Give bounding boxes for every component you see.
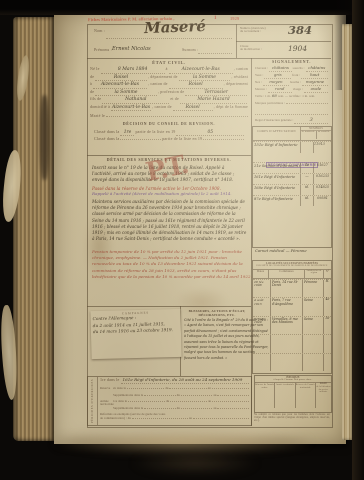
localite-numero: 5e — [323, 317, 331, 335]
trait-value: haut — [301, 73, 328, 79]
marie-dotted-line — [106, 116, 248, 117]
purple-stamp-line: Rappelé à l'activité (décret de mobilisa… — [92, 192, 232, 197]
taille-value: 68 — [272, 94, 277, 99]
localite-subdivision: Seine — [302, 317, 323, 335]
num-matricule: id. — [300, 185, 313, 195]
field-label: Né le — [90, 67, 100, 71]
localites-table: LOCALITÉS SUCCESSIVES HABITÉES PAR SUITE… — [252, 260, 332, 374]
localite-commune: Paris, 7 rue d'Angoulême — [270, 298, 302, 316]
trait-label: sourcils : — [293, 67, 305, 70]
fine-print: Ne remplir ce tableau que pour les homme… — [254, 414, 330, 423]
nom-dotted-line — [106, 38, 232, 39]
num-sub2-label: au contrôle — [316, 131, 332, 139]
field-label: , résidant — [231, 75, 248, 79]
handwritten-value: 8 Mars 1884 — [101, 67, 165, 74]
field-label: Classé dans la — [94, 137, 119, 141]
field-label: au — [208, 387, 211, 390]
field-label: et de — [170, 97, 179, 101]
handwritten-value: 05 — [176, 130, 244, 136]
field-label: du — [128, 417, 131, 420]
handwritten-value: la Somme — [179, 75, 231, 82]
nom-label: Nom : — [94, 29, 105, 33]
revision-line-2: Classé dans la partie de la liste en 19 — [94, 137, 244, 144]
exercices-table: PÉRIODES D'EXERCICES 1re dans le 161e Ré… — [87, 376, 252, 426]
classe-label: Classe de mobilisation : — [240, 45, 280, 52]
instruction-row: Degré d'instruction générale : 3 — [255, 117, 328, 125]
etat-civil-line: domicilié à Aizecourt-le-Bas , canton de… — [90, 105, 248, 113]
num-controle: 014825 — [313, 185, 331, 195]
epoque-date-box: DATE de la libération du service militai… — [315, 383, 331, 408]
blank-dotted-line — [255, 108, 328, 115]
page-edge-shadow — [40, 95, 49, 180]
localite-date: 28 fév. 1908 — [253, 280, 270, 298]
field-label: du — [177, 394, 180, 397]
field-label: au — [208, 400, 211, 403]
localite-date — [253, 354, 270, 372]
localite-numero — [323, 354, 331, 372]
field-label: 1re dans le — [100, 378, 120, 382]
localite-subdivision: Seine — [302, 298, 323, 316]
services-paragraph: Maintenu services auxiliaires par décisi… — [92, 199, 248, 242]
epoque-table: ÉPOQUE à laquelle l'homme doit passer da… — [254, 375, 332, 413]
field-label: , profession de — [158, 90, 184, 94]
field-label: , dépt de la Somme — [214, 105, 248, 109]
handwritten-value: Roisel — [173, 105, 213, 112]
prenoms-value: Ernest Nicolas — [112, 46, 151, 52]
localite-date: 4 août 1913 — [253, 298, 270, 316]
blank-dotted — [203, 139, 244, 140]
handwritten-value: Nathanal — [102, 97, 169, 104]
corps-value: 161e Régt d'Infanterie — [253, 174, 300, 184]
revision-title: DÉCISION DU CONSEIL DE REVISION. — [90, 122, 248, 126]
trait-label: Nez : — [255, 81, 262, 84]
col-subdiv-label: Subdivision de région — [304, 270, 323, 278]
field-label: au — [189, 417, 192, 420]
signalement-row: Menton : rond visage : ovale — [255, 87, 328, 94]
field-label: , canton de — [148, 82, 168, 86]
signalement-block: Cheveux : châtains sourcils : châtains Y… — [255, 66, 328, 125]
num-matricule: 4e — [300, 163, 313, 173]
corps-value: 168e Régt d'Infanterie — [253, 185, 300, 195]
corps-value: 151e Régt d'Infanterie — [253, 142, 300, 153]
field-label: 2e dans le — [113, 387, 126, 390]
field-label: Supplémentaire dans le — [113, 407, 143, 410]
trait-label: Menton : — [255, 88, 267, 91]
marie-line: Marié le — [90, 114, 248, 121]
corps-num-header: NUMÉROS de matricule au contrôle — [300, 127, 331, 140]
localite-numero — [323, 335, 331, 353]
handwritten-value: la Somme — [95, 90, 157, 97]
exercices-side-cell: PÉRIODES D'EXERCICES — [88, 377, 98, 425]
corps-row: 151e Régt d'Infanterie 11913 — [253, 141, 331, 153]
localite-numero: 4e — [323, 298, 331, 316]
handwritten-value: Aizecourt-le-Bas — [169, 67, 233, 74]
field-label: au — [213, 407, 216, 410]
etat-civil-block: Né le 8 Mars 1884 à Aizecourt-le-Bas , c… — [90, 67, 248, 113]
field-label: partie de la liste en 19 — [162, 137, 202, 141]
medical-note: Carnet médical — Péronne — [255, 249, 307, 254]
field-label: de — [90, 90, 94, 94]
service-line: à Paris, 14 rue Saint-Denis ; certificat… — [92, 236, 248, 242]
corps-title: CORPS D'AFFECTATION — [253, 127, 300, 140]
localite-subdivision — [302, 335, 323, 353]
surnom-label: Surnom : — [182, 48, 198, 52]
handwritten-value: 161e Régt d'Infanterie, du 28 août au 24… — [121, 378, 249, 384]
field-label: partie de la liste en 19 — [135, 130, 175, 134]
handwritten-value: Aizecourt-le-Bas — [93, 82, 147, 89]
classe-label-line2: de mobilisation : — [240, 48, 280, 51]
localite-row: 28 fév. 1908 Paris, 14 rue St-Denis Péro… — [253, 279, 331, 298]
trait-label: Cheveux : — [255, 67, 268, 70]
blessures-section: BLESSURES, ACTIONS D'ÉCLAT, DÉCORATIONS,… — [184, 309, 250, 362]
corps-header: CORPS D'AFFECTATION NUMÉROS de matricule… — [253, 127, 331, 141]
matricule-value: 384 — [288, 24, 312, 38]
trait-value: châtains — [269, 66, 291, 72]
num-matricule: id. — [300, 196, 313, 206]
instruction-value: 3 — [294, 117, 328, 124]
reforme-label-2: de communication) : — [100, 417, 127, 420]
field-label: à — [166, 67, 168, 71]
corps-stamp-row: RÉGIMENT D'INFANTERIE — [253, 153, 331, 162]
trait-label: front : — [292, 74, 300, 77]
photo-dark-right-band — [352, 0, 364, 480]
num-controle: 09581 — [313, 196, 331, 206]
field-label: , canton de — [152, 105, 172, 109]
handwritten-value: Aizecourt-le-Bas — [111, 105, 151, 112]
red-stamp-line: Passé dans la réserve de l'armée active … — [92, 186, 221, 191]
num-controle: 016233 — [313, 174, 331, 184]
field-label: fils de — [90, 97, 101, 101]
epoque-col2: Armée territoriale — [274, 383, 294, 408]
trait-value: gris — [264, 73, 291, 79]
taille-label-2: cent. — rectifiée : 1 m. cent. — [278, 95, 315, 98]
blessures-title-2: DÉCORATIONS, ETC. — [184, 313, 250, 317]
col-dates-label: Dates — [253, 270, 268, 278]
signalement-title: SIGNALEMENT. — [252, 59, 331, 64]
col-communes-label: Communes — [268, 270, 304, 278]
etat-civil-title: ÉTAT CIVIL. — [90, 60, 248, 65]
citation-line: fussent hors de combat. » — [184, 357, 250, 362]
matricule-label-line2: du recrutement : — [240, 30, 280, 33]
corps-table: CORPS D'AFFECTATION NUMÉROS de matricule… — [252, 126, 332, 248]
num-matricule: — — [300, 174, 313, 184]
handwritten-value: 1re — [120, 130, 134, 136]
marie-label: Marié le — [90, 114, 105, 118]
field-label: , canton — [234, 67, 248, 71]
marques-label: Marques particulières : — [255, 102, 285, 105]
field-label: 1re dans le — [113, 400, 127, 403]
handwritten-value: Terrassier — [185, 90, 247, 97]
num-matricule — [300, 142, 313, 153]
localite-commune: Paris, 14 rue St-Denis — [270, 280, 302, 298]
trait-value: moyenne — [302, 80, 328, 86]
prenoms-label: Prénoms : — [94, 48, 112, 52]
corps-row: 168e Régt d'Infanterie id. 014825 — [253, 184, 331, 195]
localite-commune — [270, 354, 302, 372]
localite-date — [253, 335, 270, 353]
corps-row: 161e Régt d'Infanterie — 016233 — [253, 173, 331, 184]
trait-value: châtains — [306, 66, 328, 72]
trait-value: ovale — [304, 87, 328, 93]
field-label: Classé dans la — [94, 130, 119, 134]
matricule-label: Numéro (matricule) du recrutement : — [240, 27, 280, 34]
localite-subdivision — [302, 354, 323, 372]
taille-label: Taille : 1 m. — [255, 95, 271, 98]
field-label: du — [166, 400, 169, 403]
localite-commune: Versailles, 8 rue des Missions — [270, 317, 302, 335]
classe-value: 1904 — [288, 44, 307, 53]
field-label: à — [90, 82, 92, 86]
photo-dark-top-band — [0, 0, 364, 15]
trait-label: Yeux : — [255, 74, 263, 77]
field-label: au — [213, 394, 216, 397]
field-label: , département de — [148, 75, 178, 79]
section-rule — [87, 306, 251, 307]
campagne-line: du 14 mars 1916 au 23 octobre 1919. — [93, 327, 179, 336]
field-label: , département — [224, 82, 248, 86]
red-notes-block: Pension temporaire de 10 % par arrêté du… — [92, 250, 248, 281]
field-label: Supplémentaire dans le — [113, 394, 143, 397]
field-label: de — [90, 75, 94, 79]
localite-numero: R. — [323, 280, 331, 298]
exercices-side-label: PÉRIODES D'EXERCICES — [91, 379, 94, 423]
taille-row: Taille : 1 m. 68 cent. — rectifiée : 1 m… — [255, 94, 328, 101]
epoque-col1: Réserve de l'armée active — [255, 383, 274, 408]
localites-col-headers: Dates Communes Subdivision de région N° — [253, 270, 331, 279]
localite-row: 12 mai 1920 Versailles, 8 rue des Missio… — [253, 316, 331, 335]
trait-value: moyen — [263, 80, 289, 86]
blank-dotted — [120, 139, 161, 140]
localite-date: 12 mai 1920 — [253, 317, 270, 335]
localite-row: 4 août 1913 Paris, 7 rue d'Angoulême Sei… — [253, 297, 331, 316]
handwritten-value: Roisel — [95, 75, 147, 82]
instruction-label: Degré d'instruction générale : — [255, 119, 293, 122]
num-controle: 11913 — [313, 142, 331, 153]
exercices-body: 1re dans le 161e Régt d'Infanterie, du 2… — [98, 377, 251, 425]
field-label: du — [177, 407, 180, 410]
bottom-light-spot — [130, 452, 260, 474]
campagnes-slip: CAMPAGNES Contre l'Allemagne :du 2 août … — [90, 309, 181, 359]
date-subtitle: de la libération du service militaire — [316, 386, 331, 393]
red-note-line: bénéficiaire que de la pension de 10 % a… — [92, 275, 248, 281]
corps-row: 21e Section d'Infirmiers militaires 4e 0… — [253, 162, 331, 173]
col-n-label: N° — [323, 270, 331, 278]
field-label: domicilié à — [90, 105, 110, 109]
corps-row: 87e Régt d'Infanterie id. 09581 — [253, 195, 331, 206]
trait-label: bouche : — [290, 81, 301, 84]
num-controle: 01627 — [313, 163, 331, 173]
field-label: du — [165, 387, 168, 390]
trait-label: visage : — [293, 88, 303, 91]
corps-value: 87e Régt d'Infanterie — [253, 196, 300, 206]
localite-row — [253, 353, 331, 372]
localite-commune — [270, 335, 302, 353]
register-photo: Fiches Matriculaires P. M. affectation u… — [0, 0, 364, 480]
localite-subdivision: Péronne — [302, 280, 323, 298]
blank-dotted — [286, 103, 328, 104]
handwritten-value: Roisel — [169, 82, 223, 89]
num-sub1-label: de matricule — [301, 131, 316, 139]
localite-row — [253, 334, 331, 353]
handwritten-value: Marie Hazard — [180, 97, 247, 104]
trait-value: rond — [268, 87, 292, 93]
corps-value: 21e Section d'Infirmiers militaires — [253, 163, 300, 173]
fiche-matricule-page: Fiches Matriculaires P. M. affectation u… — [54, 12, 346, 444]
header-right-divider — [236, 41, 331, 42]
surnom-dotted-line — [198, 53, 232, 54]
epoque-col3: Réserve de l'armée territoriale — [295, 383, 315, 408]
localites-title-2: PAR SUITE DE CHANGEMENTS DE DOMICILE OU … — [253, 265, 331, 268]
